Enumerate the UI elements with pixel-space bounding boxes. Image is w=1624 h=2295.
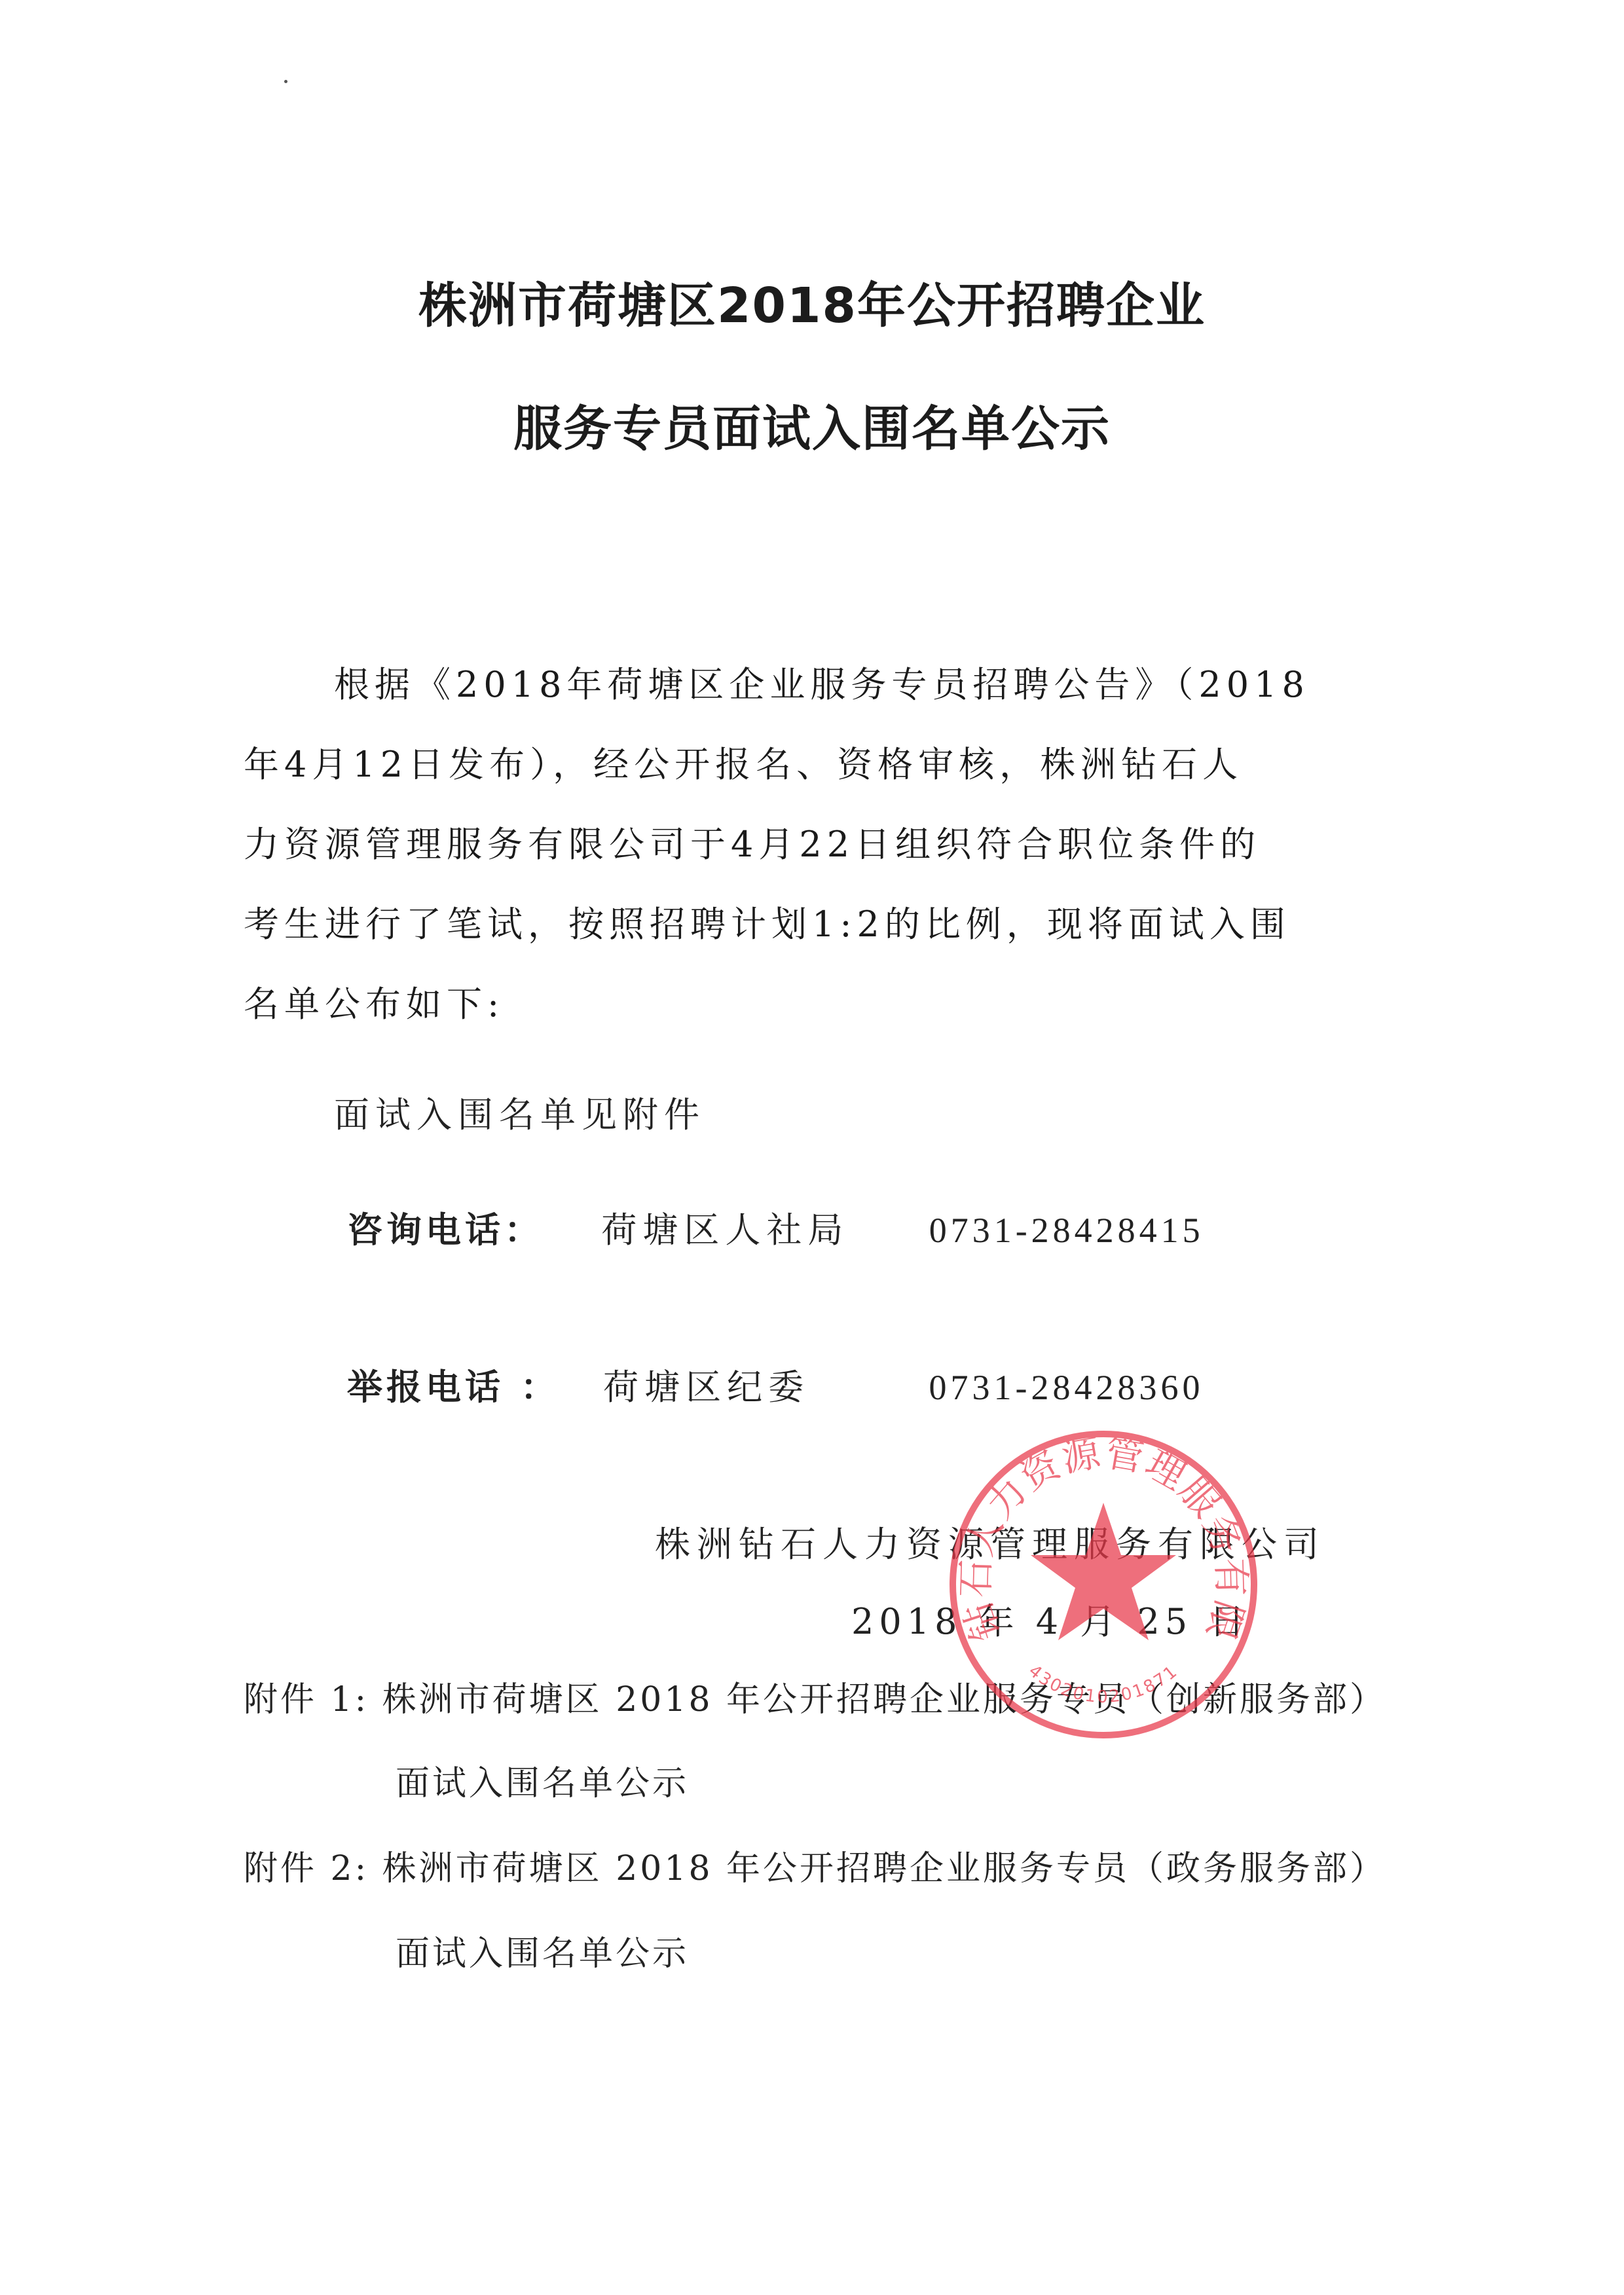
contact-row-report: 举报电话 ： 荷塘区纪委 0731-28428360 bbox=[347, 1370, 1204, 1405]
attachment-1-title: 附件 1: 株洲市荷塘区 2018 年公开招聘企业服务专员（创新服务部） bbox=[244, 1683, 1386, 1717]
body-line: 名单公布如下: bbox=[244, 985, 1383, 1065]
attachment-2-title: 附件 2: 株洲市荷塘区 2018 年公开招聘企业服务专员（政务服务部） bbox=[244, 1852, 1386, 1886]
body-line: 年4月12日发布），经公开报名、资格审核，株洲钻石人 bbox=[244, 745, 1383, 825]
body-line: 考生进行了笔试，按照招聘计划1:2的比例，现将面试入围 bbox=[244, 905, 1383, 985]
attachment-2-subtitle: 面试入围名单公示 bbox=[396, 1937, 689, 1971]
contact-phone: 0731-28428415 bbox=[929, 1211, 1204, 1250]
contact-label: 举报电话 ： bbox=[347, 1367, 560, 1408]
scan-speck bbox=[284, 80, 287, 83]
signature-company: 株洲钻石人力资源管理服务有限公司 bbox=[655, 1527, 1325, 1562]
contact-label: 咨询电话： bbox=[347, 1209, 544, 1251]
signature-date: 2018 年 4 月 25 日 bbox=[851, 1604, 1249, 1640]
body-paragraph: 根据《2018年荷塘区企业服务专员招聘公告》（2018 年4月12日发布），经公… bbox=[244, 665, 1383, 1065]
contact-row-inquiry: 咨询电话： 荷塘区人社局 0731-28428415 bbox=[347, 1213, 1204, 1248]
contact-org: 荷塘区纪委 bbox=[603, 1367, 809, 1408]
document-page: 株洲市荷塘区2018年公开招聘企业 服务专员面试入围名单公示 根据《2018年荷… bbox=[0, 0, 1624, 2295]
body-line: 根据《2018年荷塘区企业服务专员招聘公告》（2018 bbox=[244, 665, 1383, 745]
contact-org: 荷塘区人社局 bbox=[601, 1209, 849, 1251]
contact-phone: 0731-28428360 bbox=[929, 1368, 1204, 1407]
page-title-line-1: 株洲市荷塘区2018年公开招聘企业 bbox=[0, 282, 1624, 330]
attachment-1-subtitle: 面试入围名单公示 bbox=[396, 1767, 689, 1801]
attachment-note: 面试入围名单见附件 bbox=[334, 1097, 705, 1133]
page-title-line-2: 服务专员面试入围名单公示 bbox=[0, 405, 1624, 453]
body-line: 力资源管理服务有限公司于4月22日组织符合职位条件的 bbox=[244, 825, 1383, 905]
